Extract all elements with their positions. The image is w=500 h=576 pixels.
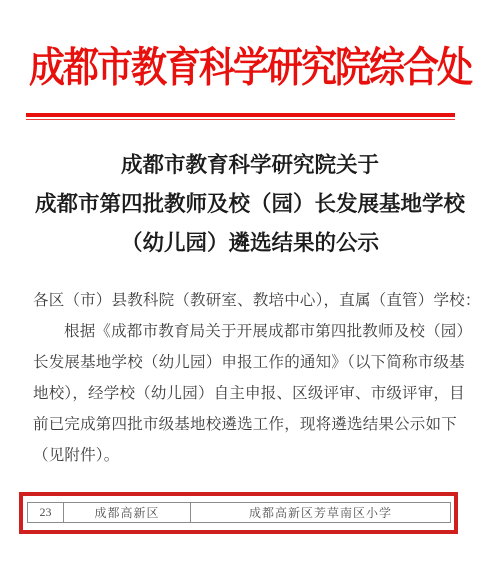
document-title: 成都市教育科学研究院关于 成都市第四批教师及校（园）长发展基地学校 （幼儿园）遴… bbox=[0, 146, 500, 263]
body-paragraph-line-1: 根据《成都市教育局关于开展成都市第四批教师及校（园） bbox=[33, 316, 483, 347]
document-body: 各区（市）县教科院（教研室、教培中心），直属（直管）学校： 根据《成都市教育局关… bbox=[33, 285, 483, 471]
highlight-box: 23 成都高新区 成都高新区芳草南区小学 bbox=[19, 492, 458, 534]
result-cell-school: 成都高新区芳草南区小学 bbox=[191, 503, 450, 522]
document-title-line-1: 成都市教育科学研究院关于 bbox=[0, 146, 500, 185]
result-table-row: 23 成都高新区 成都高新区芳草南区小学 bbox=[27, 502, 451, 523]
body-paragraph-line-3: 地校），经学校（幼儿园）自主申报、区级评审、市级评审，目 bbox=[33, 378, 483, 409]
document-title-line-2: 成都市第四批教师及校（园）长发展基地学校 bbox=[0, 185, 500, 224]
letterhead-double-rule bbox=[26, 113, 455, 120]
body-paragraph-line-2: 长发展基地学校（幼儿园）申报工作的通知》（以下简称市级基 bbox=[33, 347, 483, 378]
body-paragraph-line-5: （见附件）。 bbox=[33, 440, 483, 471]
document-title-line-3: （幼儿园）遴选结果的公示 bbox=[0, 224, 500, 263]
body-paragraph-line-4: 前已完成第四批市级基地校遴选工作，现将遴选结果公示如下 bbox=[33, 409, 483, 440]
letterhead-org-title: 成都市教育科学研究院综合处 bbox=[0, 46, 500, 92]
result-cell-district: 成都高新区 bbox=[64, 503, 191, 522]
result-cell-index: 23 bbox=[28, 503, 64, 522]
body-salutation: 各区（市）县教科院（教研室、教培中心），直属（直管）学校： bbox=[33, 285, 483, 316]
document-page: 成都市教育科学研究院综合处 成都市教育科学研究院关于 成都市第四批教师及校（园）… bbox=[0, 0, 500, 576]
